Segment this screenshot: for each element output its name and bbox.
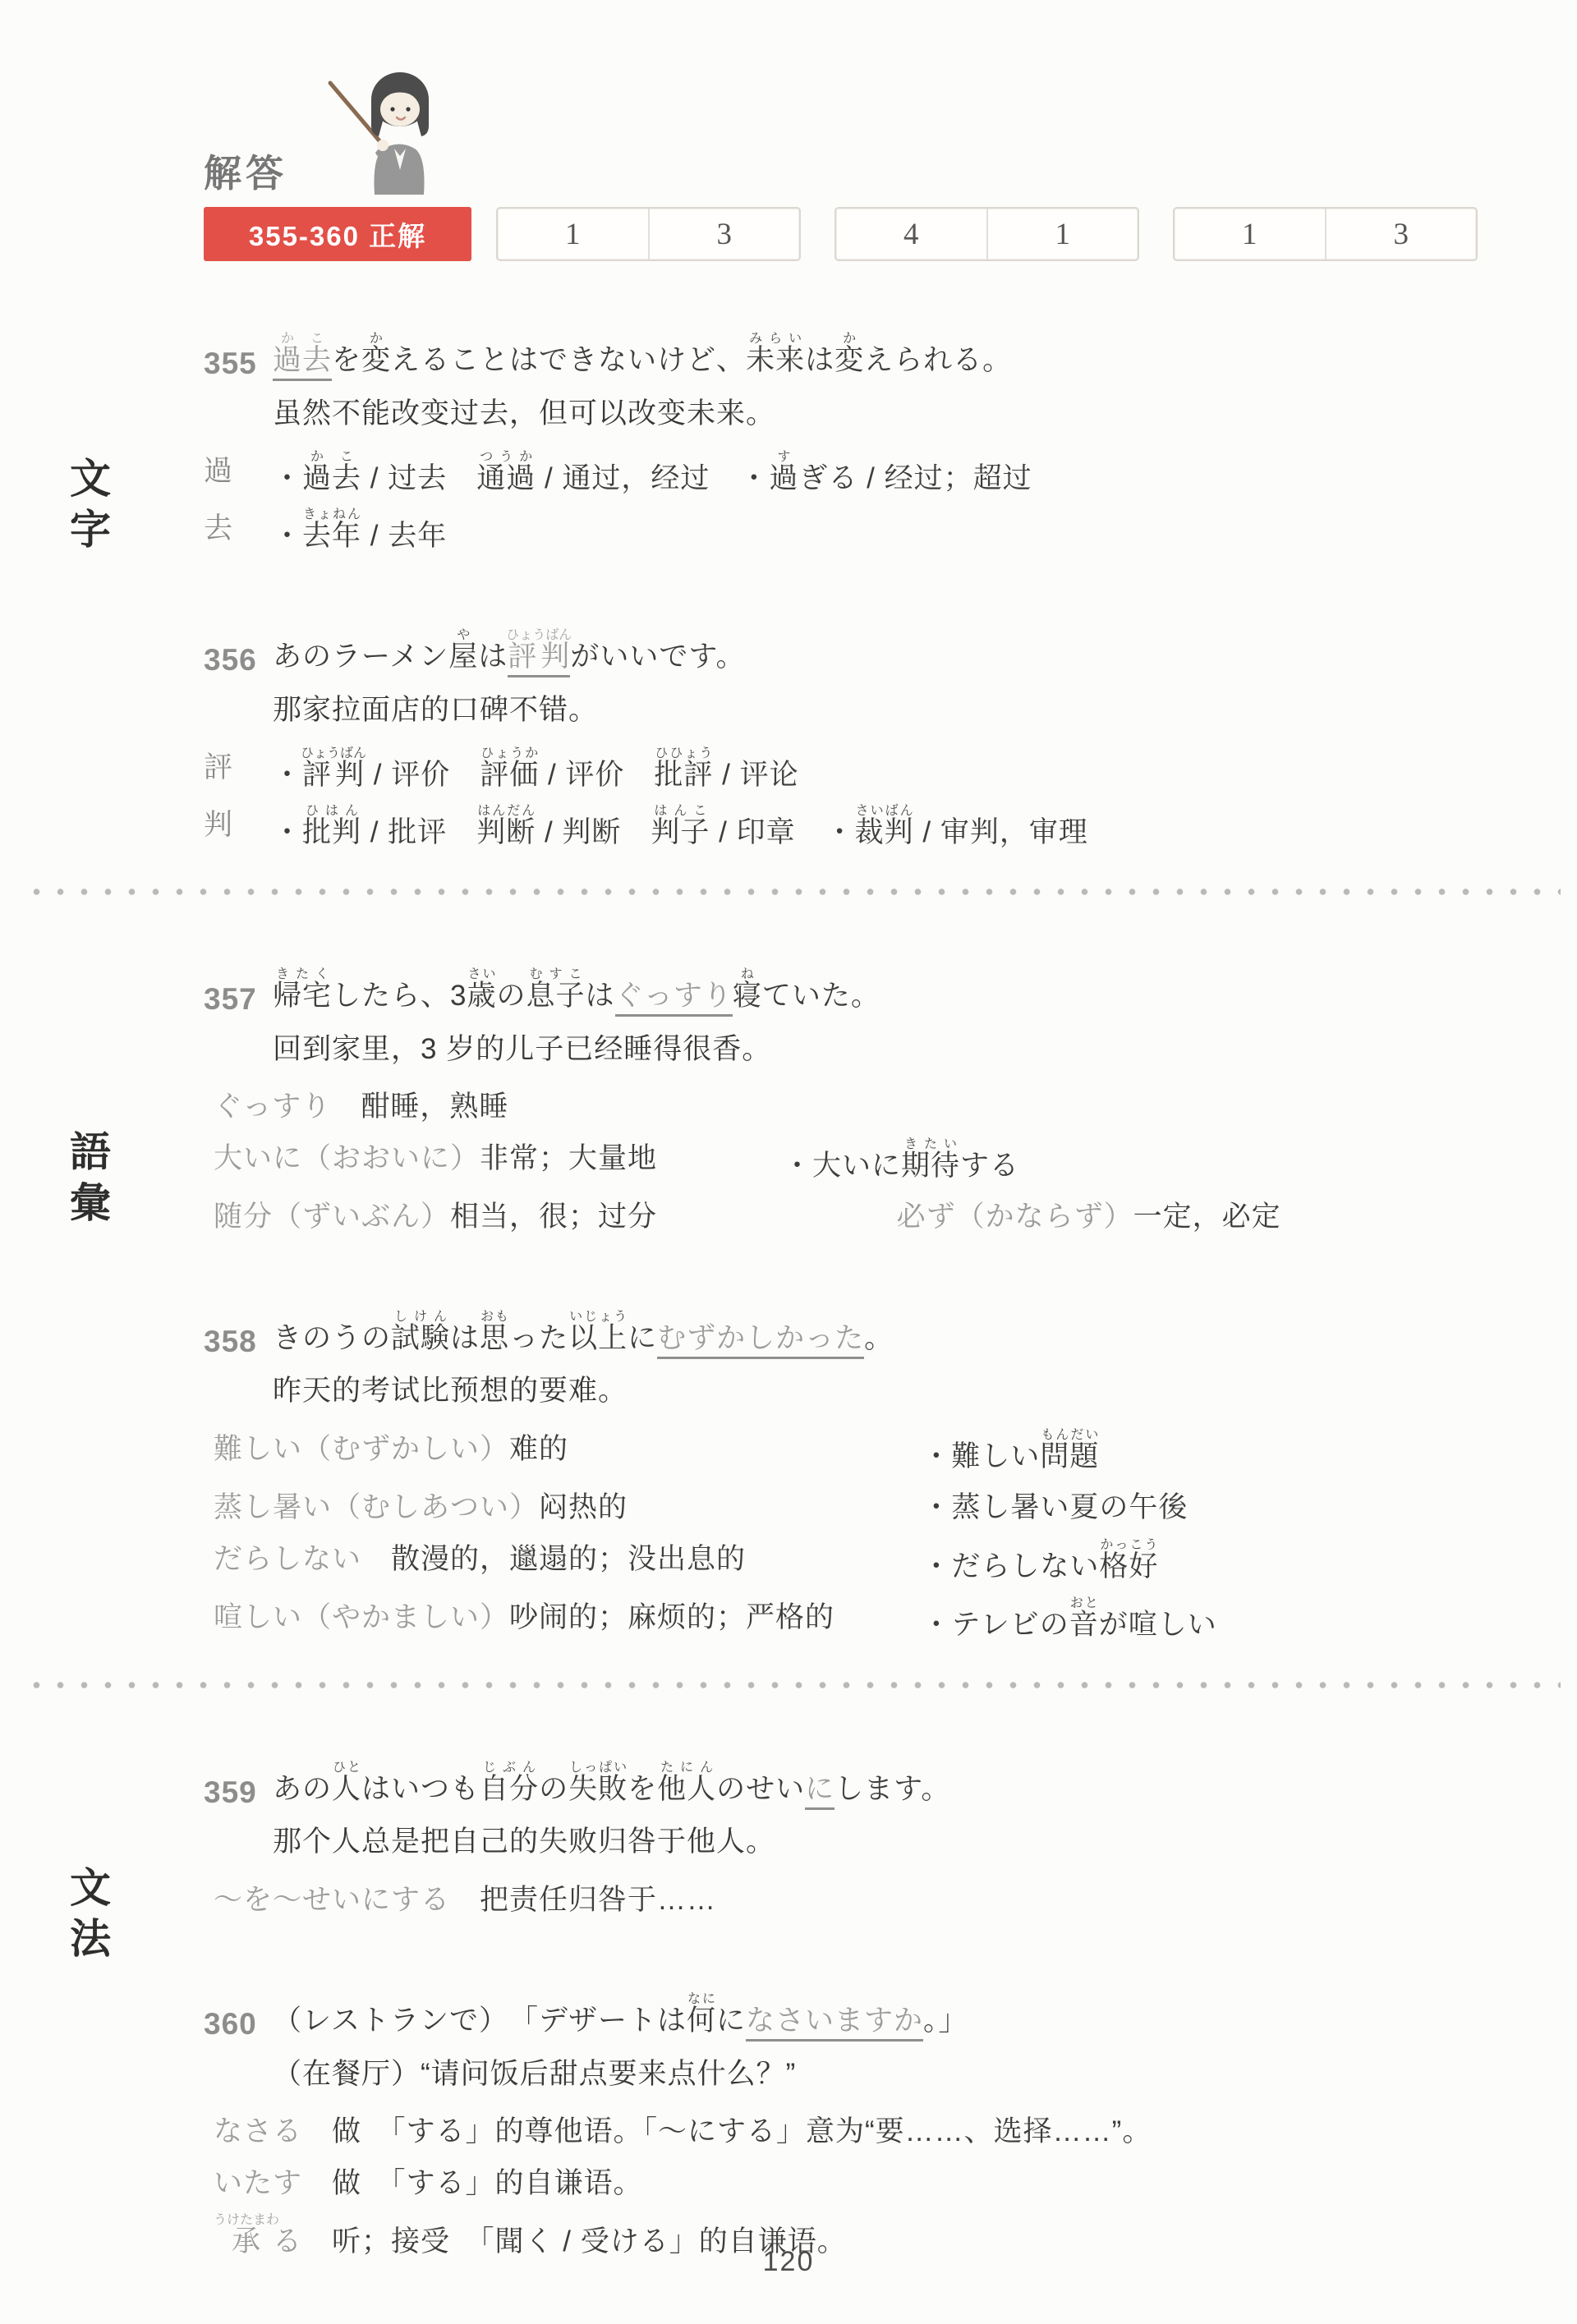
question-sentence: 356あのラーメン屋やは評判ひょうばんがいいです。 (204, 628, 1478, 679)
question-text: 帰宅きたくしたら、3歳さいの息子むすこはぐっすり寝ねていた。 (273, 967, 880, 1018)
text-run: ・蒸し暑い夏の午後 (922, 1491, 1188, 1523)
vocab-line: 大いに（おおいに）非常；大量地・大いに期待きたいする (204, 1137, 1478, 1188)
text-run: 変か (361, 344, 391, 376)
text-run: 思おも (480, 1322, 509, 1354)
question-number: 359 (204, 1775, 273, 1811)
kanji-examples: ・過去かこ / 过去 通過つうか / 通过，经过 ・過すぎる / 经过；超过 (273, 450, 1032, 501)
vocab-line: 難しい（むずかしい）难的・難しい問題もんだい (204, 1428, 1478, 1479)
text-run: 通過つうか (476, 462, 536, 494)
text-run: 做 「する」的自谦语。 (302, 2167, 643, 2199)
text-run: 試験しけん (391, 1322, 450, 1354)
answer-word: むずかしかった (657, 1322, 864, 1359)
question-text: あの人ひとはいつも自分じぶんの失敗しっぱいを他人たにんのせいにします。 (273, 1761, 950, 1812)
text-run: ・ (273, 816, 302, 848)
answer-key-bar: 355-360 正解 1 3 4 1 1 3 (204, 207, 1478, 261)
kanji-row: 判・批判ひはん / 批评 判断はんだん / 判断 判子はんこ / 印章 ・裁判さ… (204, 804, 1478, 855)
question-text: 過去かこを変かえることはできないけど、未来みらいは変かえられる。 (273, 332, 1012, 383)
question-sentence: 360（レストランで） 「デザートは何なにになさいますか。」 (204, 1992, 1478, 2043)
text-run: いたす (214, 2167, 302, 2199)
text-run: 去年きょねん (302, 520, 361, 552)
text-run: 大いに（おおいに） (214, 1142, 480, 1174)
text-run: きのうの (273, 1322, 391, 1354)
question-text: （レストランで） 「デザートは何なにになさいますか。」 (273, 1992, 968, 2043)
text-run: 息子むすこ (526, 980, 586, 1012)
exercise-359: 359あの人ひとはいつも自分じぶんの失敗しっぱいを他人たにんのせいにします。那个… (204, 1761, 1478, 1922)
text-run: 過去かこ (302, 462, 361, 494)
text-run: が喧しい (1099, 1609, 1217, 1641)
text-run: / 印章 ・ (710, 816, 854, 848)
answer-356: 3 (648, 209, 800, 259)
text-run: 一定，必定 (1133, 1201, 1281, 1233)
text-run: 批評ひひょう (654, 759, 713, 791)
text-run: 自分じぶん (480, 1773, 539, 1805)
question-text: あのラーメン屋やは評判ひょうばんがいいです。 (273, 628, 746, 679)
answer-357: 4 (836, 209, 986, 259)
answer-word: なさいますか (746, 2005, 923, 2042)
text-run: のせい (716, 1773, 805, 1805)
vocab-line: いたす 做 「する」的自谦语。 (204, 2162, 1478, 2206)
kanji-headword: 過 (204, 450, 273, 501)
answer-word: 過去かこ (273, 344, 332, 381)
chinese-translation: （在餐厅）“请问饭后甜点要来点什么？” (204, 2053, 1478, 2097)
vocab-entry: 随分（ずいぶん）相当，很；过分 (214, 1196, 897, 1239)
text-run: は (478, 641, 508, 673)
vocab-example: ・テレビの音おとが喧しい (922, 1596, 1216, 1647)
vocab-line: ～を～せいにする 把责任归咎于…… (204, 1879, 1478, 1922)
exercise-sections: 355過去かこを変かえることはできないけど、未来みらいは変かえられる。虽然不能改… (204, 332, 1478, 2264)
text-run: 変か (834, 344, 864, 376)
text-run: に (628, 1322, 657, 1354)
text-run: ぎる / 经过；超过 (798, 462, 1032, 494)
answer-group-2: 4 1 (834, 207, 1139, 261)
chinese-translation: 昨天的考试比预想的要难。 (204, 1370, 1478, 1413)
text-run: 必ず（かならず） (897, 1201, 1133, 1233)
kanji-examples: ・去年きょねん / 去年 (273, 508, 447, 558)
text-run: はいつも (361, 1773, 480, 1805)
vocab-entry: 大いに（おおいに）非常；大量地 (214, 1137, 783, 1188)
text-run: 裁判さいばん (855, 816, 914, 848)
question-sentence: 357帰宅きたくしたら、3歳さいの息子むすこはぐっすり寝ねていた。 (204, 967, 1478, 1018)
text-run: 他人たにん (657, 1773, 716, 1805)
text-run: 批判ひはん (302, 816, 361, 848)
vocab-example: 必ず（かならず）一定，必定 (897, 1196, 1281, 1239)
text-run: する (960, 1150, 1019, 1182)
chinese-translation: 虽然不能改变过去，但可以改变未来。 (204, 393, 1478, 436)
exercise-358: 358きのうの試験しけんは思おもった以上いじょうにむずかしかった。昨天的考试比预… (204, 1310, 1478, 1647)
vocab-line: ぐっすり 酣睡，熟睡 (204, 1086, 1478, 1129)
answer-word: ぐっすり (615, 980, 733, 1017)
text-run: ・難しい (922, 1440, 1040, 1472)
vocab-example: ・難しい問題もんだい (922, 1428, 1099, 1479)
chinese-translation: 那个人总是把自己的失败归咎于他人。 (204, 1821, 1478, 1864)
kanji-headword: 去 (204, 508, 273, 558)
text-run: （レストランで） 「デザートは (273, 2005, 687, 2037)
answer-word: 評判ひょうばん (508, 641, 570, 677)
text-run: 人ひと (332, 1773, 361, 1805)
text-run: / 审判，审理 (914, 816, 1088, 848)
text-run: った (509, 1322, 568, 1354)
text-run: します。 (834, 1773, 950, 1805)
text-run: / 评价 (365, 759, 480, 791)
sidebar-label-bunpou: 文法 (57, 1866, 117, 1968)
text-run: 蒸し暑い（むしあつい） (214, 1491, 539, 1523)
exercise-356: 356あのラーメン屋やは評判ひょうばんがいいです。那家拉面店的口碑不错。評・評判… (204, 628, 1478, 854)
text-run: 歳さい (467, 980, 496, 1012)
vocab-entry: ぐっすり 酣睡，熟睡 (214, 1086, 1478, 1129)
dotted-divider (25, 887, 1561, 897)
page-content: 解答 355-360 正解 1 3 4 (0, 38, 1577, 2264)
text-run: を (628, 1773, 657, 1805)
text-run: 喧しい（やかましい） (214, 1601, 509, 1633)
text-run: ・だらしない (922, 1550, 1099, 1582)
answers-title: 解答 (204, 154, 287, 192)
answer-355: 1 (498, 209, 648, 259)
text-run: ていた。 (762, 980, 880, 1012)
text-run: 問題もんだい (1040, 1440, 1099, 1472)
text-run: 相当，很；过分 (450, 1201, 657, 1233)
question-number: 356 (204, 642, 273, 678)
text-run: 寝ね (733, 980, 762, 1012)
question-number: 360 (204, 2006, 273, 2042)
text-run: ～を～せいにする (214, 1884, 450, 1916)
kanji-headword: 判 (204, 804, 273, 855)
question-number: 355 (204, 346, 273, 382)
vocab-line: 蒸し暑い（むしあつい）闷热的・蒸し暑い夏の午後 (204, 1486, 1478, 1530)
text-run: / 评论 (713, 759, 798, 791)
text-run: 格好かっこう (1099, 1550, 1158, 1582)
vocab-entry: 蒸し暑い（むしあつい）闷热的 (214, 1486, 922, 1530)
answer-header: 解答 (204, 38, 1478, 199)
answer-range-badge: 355-360 正解 (204, 207, 471, 261)
text-run: の (497, 980, 526, 1012)
answer-358: 1 (986, 209, 1138, 259)
vocab-example: ・大いに期待きたいする (783, 1137, 1019, 1188)
text-run: ・ (273, 462, 302, 494)
text-run: 屋や (448, 641, 478, 673)
vocab-line: 随分（ずいぶん）相当，很；过分必ず（かならず）一定，必定 (204, 1196, 1478, 1239)
kanji-row: 去・去年きょねん / 去年 (204, 508, 1478, 558)
text-run: は (805, 344, 834, 376)
text-run: は (450, 1322, 480, 1354)
kanji-examples: ・評判ひょうばん / 评价 評価ひょうか / 评价 批評ひひょう / 评论 (273, 746, 799, 797)
text-run: は (586, 980, 615, 1012)
text-run: / 批评 (361, 816, 476, 848)
text-run: 随分（ずいぶん） (214, 1201, 450, 1233)
chinese-translation: 回到家里，3 岁的儿子已经睡得很香。 (204, 1028, 1478, 1072)
text-run: 散漫的，邋遢的；没出息的 (361, 1543, 746, 1575)
text-run: 判子はんこ (651, 816, 710, 848)
text-run: を (332, 344, 361, 376)
text-run: 做 「する」的尊他语。「～にする」意为“要……、选择……”。 (302, 2115, 1152, 2147)
text-run: ・ (273, 759, 302, 791)
text-run: ぐっすり (214, 1091, 331, 1123)
text-run: の (539, 1773, 568, 1805)
kanji-headword: 評 (204, 746, 273, 797)
vocab-line: 喧しい（やかましい）吵闹的；麻烦的；严格的・テレビの音おとが喧しい (204, 1596, 1478, 1647)
question-number: 358 (204, 1324, 273, 1360)
chinese-translation: 那家拉面店的口碑不错。 (204, 689, 1478, 733)
text-run: 闷热的 (539, 1491, 628, 1523)
text-run: / 通过，经过 ・ (536, 462, 769, 494)
kanji-examples: ・批判ひはん / 批评 判断はんだん / 判断 判子はんこ / 印章 ・裁判さい… (273, 804, 1088, 855)
question-sentence: 358きのうの試験しけんは思おもった以上いじょうにむずかしかった。 (204, 1310, 1478, 1361)
text-run: 難しい（むずかしい） (214, 1433, 509, 1465)
question-sentence: 355過去かこを変かえることはできないけど、未来みらいは変かえられる。 (204, 332, 1478, 383)
exercise-355: 355過去かこを変かえることはできないけど、未来みらいは変かえられる。虽然不能改… (204, 332, 1478, 558)
text-run: 過す (769, 462, 798, 494)
page-number: 120 (0, 2246, 1577, 2278)
text-run: あのラーメン (273, 641, 448, 673)
text-run: / 过去 (361, 462, 476, 494)
teacher-girl-illustration (309, 40, 473, 199)
text-run: えることはできないけど、 (391, 344, 746, 376)
text-run: 非常；大量地 (480, 1142, 657, 1174)
text-run: したら、3 (332, 980, 467, 1012)
vocab-entry: だらしない 散漫的，邋遢的；没出息的 (214, 1538, 922, 1589)
text-run: 失敗しっぱい (568, 1773, 628, 1805)
text-run: / 去年 (361, 520, 447, 552)
text-run: 把责任归咎于…… (450, 1884, 716, 1916)
dotted-divider (25, 1680, 1561, 1690)
text-run: ・大いに (783, 1150, 901, 1182)
text-run: 吵闹的；麻烦的；严格的 (509, 1601, 834, 1633)
sidebar-label-moji: 文字 (57, 457, 117, 558)
text-run: 評価ひょうか (480, 759, 539, 791)
vocab-line: だらしない 散漫的，邋遢的；没出息的・だらしない格好かっこう (204, 1538, 1478, 1589)
text-run: に (716, 2005, 746, 2037)
kanji-row: 評・評判ひょうばん / 评价 評価ひょうか / 评价 批評ひひょう / 评论 (204, 746, 1478, 797)
vocab-entry: ～を～せいにする 把责任归咎于…… (214, 1879, 1478, 1922)
text-run: えられる。 (864, 344, 1012, 376)
kanji-row: 過・過去かこ / 过去 通過つうか / 通过，经过 ・過すぎる / 经过；超过 (204, 450, 1478, 501)
answer-360: 3 (1325, 209, 1477, 259)
text-run: 。」 (923, 2005, 968, 2037)
teacher-girl-icon (309, 40, 473, 195)
text-run: 評判ひょうばん (302, 759, 365, 791)
text-run: 判断はんだん (476, 816, 536, 848)
answer-group-1: 1 3 (496, 207, 801, 261)
text-run: 何なに (687, 2005, 716, 2037)
vocab-example: ・蒸し暑い夏の午後 (922, 1486, 1188, 1530)
text-run: / 评价 (539, 759, 654, 791)
vocab-entry: 喧しい（やかましい）吵闹的；麻烦的；严格的 (214, 1596, 922, 1647)
vocab-line: なさる 做 「する」的尊他语。「～にする」意为“要……、选择……”。 (204, 2110, 1478, 2154)
text-run: 酣睡，熟睡 (331, 1091, 508, 1123)
text-run: 音おと (1069, 1609, 1099, 1641)
text-run: だらしない (214, 1543, 361, 1575)
text-run: 帰宅きたく (273, 980, 332, 1012)
vocab-entry: なさる 做 「する」的尊他语。「～にする」意为“要……、选择……”。 (214, 2110, 1478, 2154)
answer-group-3: 1 3 (1173, 207, 1478, 261)
text-run: 未来みらい (746, 344, 805, 376)
text-run: / 判断 (536, 816, 651, 848)
text-run: ・テレビの (922, 1609, 1069, 1641)
text-run: 。 (864, 1322, 894, 1354)
text-run: 期待きたい (901, 1150, 960, 1182)
vocab-entry: 難しい（むずかしい）难的 (214, 1428, 922, 1479)
answer-359: 1 (1175, 209, 1325, 259)
question-number: 357 (204, 981, 273, 1017)
exercise-357: 357帰宅きたくしたら、3歳さいの息子むすこはぐっすり寝ねていた。回到家里，3 … (204, 967, 1478, 1239)
vocab-example: ・だらしない格好かっこう (922, 1538, 1158, 1589)
text-run: 难的 (509, 1433, 568, 1465)
question-text: きのうの試験しけんは思おもった以上いじょうにむずかしかった。 (273, 1310, 894, 1361)
text-run: ・ (273, 520, 302, 552)
question-sentence: 359あの人ひとはいつも自分じぶんの失敗しっぱいを他人たにんのせいにします。 (204, 1761, 1478, 1812)
text-run: なさる (214, 2115, 302, 2147)
vocab-entry: いたす 做 「する」的自谦语。 (214, 2162, 1478, 2206)
sidebar-label-goi: 語彙 (57, 1130, 117, 1232)
text-run: あの (273, 1773, 332, 1805)
text-run: がいいです。 (570, 641, 745, 673)
text-run: 以上いじょう (568, 1322, 628, 1354)
answer-word: に (805, 1773, 834, 1810)
exercise-360: 360（レストランで） 「デザートは何なにになさいますか。」（在餐厅）“请问饭后… (204, 1992, 1478, 2264)
